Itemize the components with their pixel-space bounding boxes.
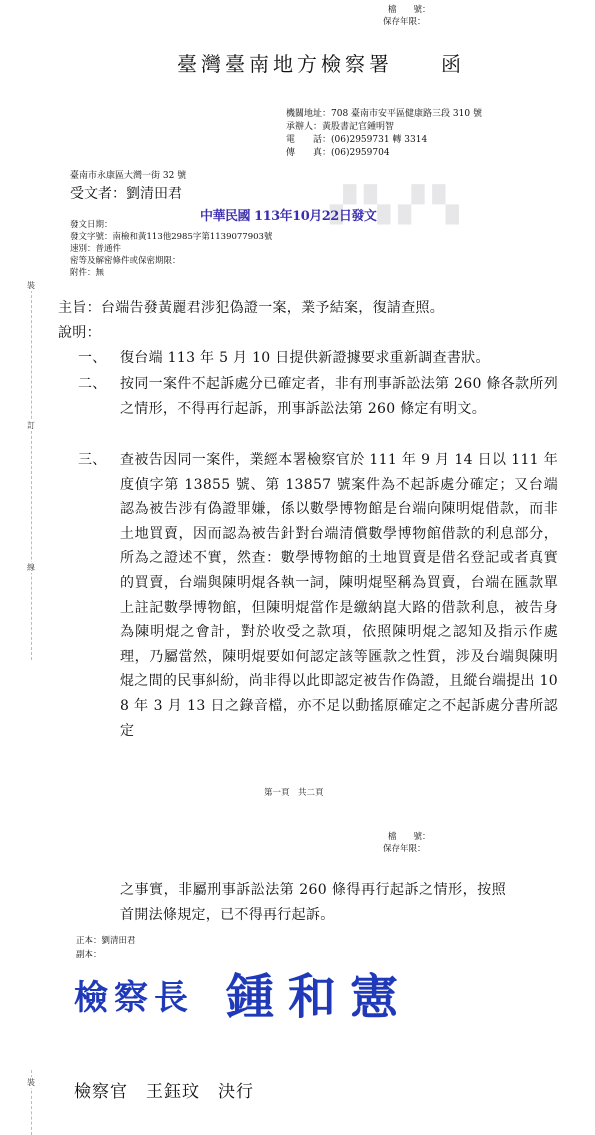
- security-classification: 密等及解密條件或保密期限：: [70, 256, 181, 268]
- item-number: 一、: [78, 346, 118, 371]
- item-text: 查被告因同一案件，業經本署檢察官於 111 年 9 月 14 日以 111 年度…: [120, 448, 558, 743]
- binding-mark-zhuang: 裝: [27, 280, 35, 291]
- binding-line: [31, 280, 32, 660]
- agency-fax: 傳 真：(06)2959704: [286, 147, 390, 159]
- dispatch-date-stamp: 中華民國 113年10月22日發文: [200, 205, 376, 224]
- attachment: 附件：無: [70, 268, 104, 280]
- binding-mark-ding: 訂: [27, 420, 35, 431]
- file-number-label-p2: 檔 號：: [388, 832, 431, 844]
- retention-period-label: 保存年限：: [383, 17, 426, 29]
- binding-mark-xian: 線: [27, 562, 35, 573]
- prosecutor-decision-line: 檢察官 王鈺玟 決行: [74, 1077, 254, 1102]
- file-number-label: 檔 號：: [388, 5, 431, 17]
- original-recipient: 正本：劉清田君: [76, 936, 136, 948]
- subject: 主旨：台端告發黃麗君涉犯偽證一案，業予結案，復請查照。: [58, 296, 444, 321]
- copy-recipient: 副本：: [76, 950, 102, 962]
- explanation-label: 說明：: [58, 321, 101, 346]
- chief-prosecutor-name-signature: 鍾和憲: [226, 958, 412, 1027]
- reference-number: 發文字號：南檢和黃113他2985字第1139077903號: [70, 232, 272, 244]
- item-number: 二、: [78, 372, 118, 397]
- agency-address: 機關地址：708 臺南市安平區健康路三段 310 號: [286, 108, 482, 120]
- binding-mark-zhuang-p2: 裝: [27, 1077, 35, 1088]
- recipient-address: 臺南市永康區大灣一街 32 號: [70, 170, 186, 182]
- item-text: 復台端 113 年 5 月 10 日提供新證據要求重新調查書狀。: [120, 346, 558, 371]
- item-number: 三、: [78, 448, 118, 473]
- page-footer: 第一頁 共二頁: [264, 788, 324, 800]
- item-text: 按同一案件不起訴處分已確定者，非有刑事訴訟法第 260 條各款所列之情形，不得再…: [120, 372, 558, 421]
- document-title: 臺灣臺南地方檢察署 函: [177, 48, 465, 77]
- agency-phone: 電 話：(06)2959731 轉 3314: [286, 134, 427, 146]
- dispatch-date-label: 發文日期：: [70, 220, 113, 232]
- retention-period-label-p2: 保存年限：: [383, 844, 426, 856]
- agency-contact: 承辦人：黃股書記官鍾明智: [286, 121, 394, 133]
- recipient: 受文者：劉清田君: [70, 183, 182, 203]
- chief-prosecutor-title-signature: 檢察長: [74, 970, 194, 1019]
- speed-classification: 速別：普通件: [70, 244, 121, 256]
